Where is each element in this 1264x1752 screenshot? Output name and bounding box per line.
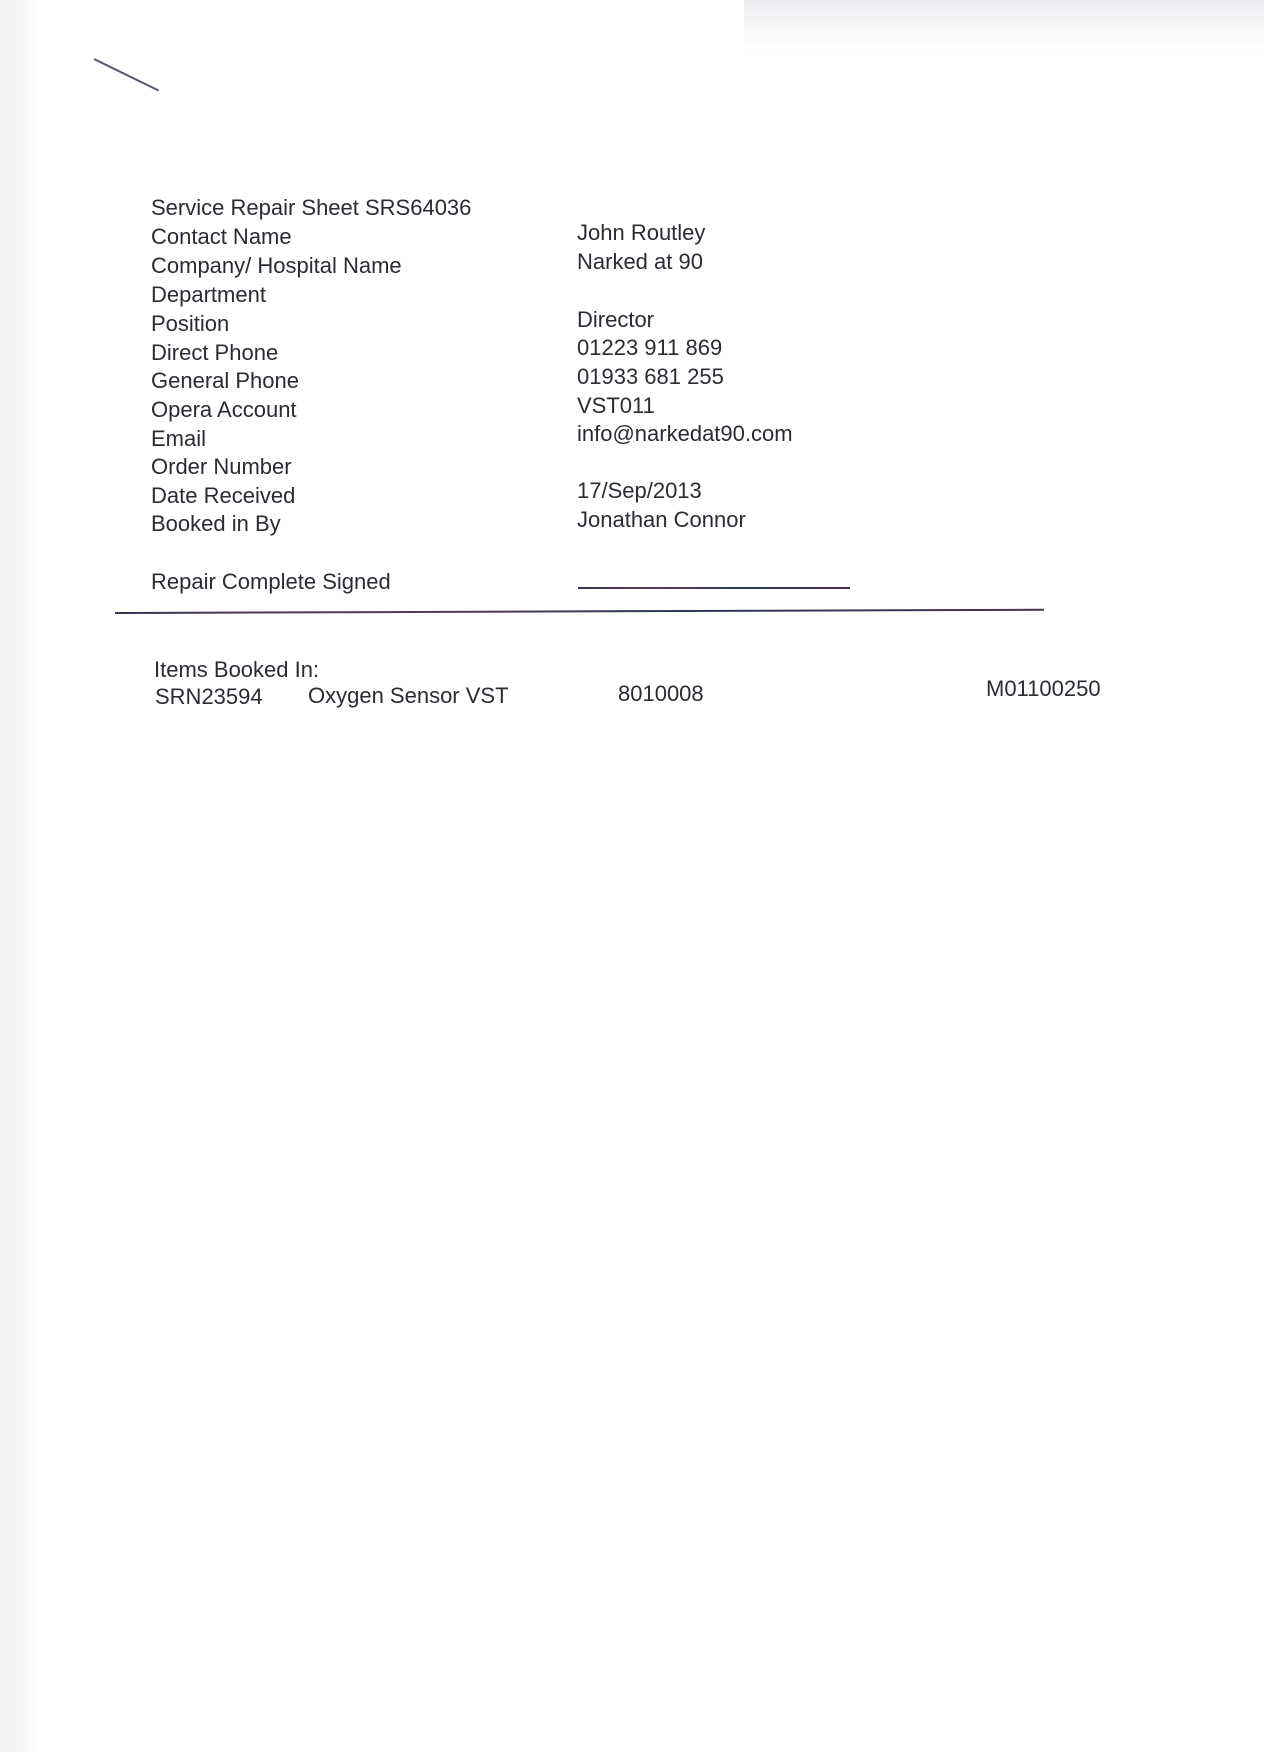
field-value-date-received: 17/Sep/2013 [577, 478, 702, 504]
field-value-general-phone: 01933 681 255 [577, 364, 724, 390]
field-value-email: info@narkedat90.com [577, 421, 793, 447]
field-label-date-received: Date Received [151, 483, 295, 509]
scan-edge-shadow [0, 0, 40, 1752]
field-label-booked-in-by: Booked in By [151, 511, 281, 537]
field-value-company: Narked at 90 [577, 249, 703, 275]
field-value-direct-phone: 01223 911 869 [577, 335, 722, 361]
items-booked-in-header: Items Booked In: [154, 657, 319, 683]
field-label-contact-name: Contact Name [151, 224, 292, 250]
field-label-company: Company/ Hospital Name [151, 253, 402, 279]
item-srn: SRN23594 [155, 684, 263, 710]
field-label-position: Position [151, 311, 229, 337]
field-label-order-number: Order Number [151, 454, 292, 480]
field-value-contact-name: John Routley [577, 220, 705, 246]
repair-complete-label: Repair Complete Signed [151, 569, 391, 595]
field-value-position: Director [577, 307, 654, 333]
item-serial-number: M01100250 [986, 676, 1101, 702]
field-label-email: Email [151, 426, 206, 452]
scan-top-shadow [744, 0, 1264, 50]
field-label-general-phone: General Phone [151, 368, 299, 394]
signature-line [578, 587, 850, 589]
field-value-booked-in-by: Jonathan Connor [577, 507, 746, 533]
section-divider [115, 609, 1044, 614]
field-value-opera-account: VST011 [577, 393, 655, 419]
field-label-department: Department [151, 282, 266, 308]
item-part-number: 8010008 [618, 681, 704, 707]
field-label-direct-phone: Direct Phone [151, 340, 278, 366]
pen-mark [94, 58, 160, 91]
field-label-opera-account: Opera Account [151, 397, 297, 423]
item-description: Oxygen Sensor VST [308, 683, 509, 709]
sheet-title: Service Repair Sheet SRS64036 [151, 195, 471, 221]
